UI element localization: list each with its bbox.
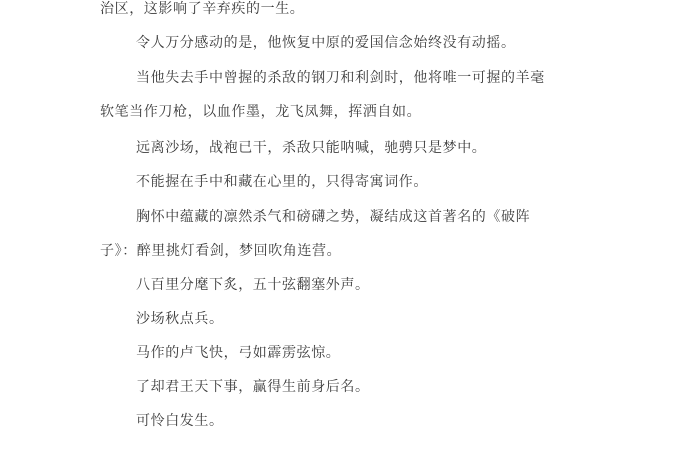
paragraph-line-5: 远离沙场，战袍已干，杀敌只能呐喊，驰骋只是梦中。 — [136, 139, 486, 157]
poem-line-5: 可怜白发生。 — [136, 412, 224, 430]
poem-line-1: 八百里分麾下炙，五十弦翻塞外声。 — [136, 276, 370, 294]
cut-off-line: ……………………………………………………… — [136, 460, 443, 470]
paragraph-line-6: 不能握在手中和藏在心里的，只得寄寓词作。 — [136, 173, 428, 191]
poem-line-4: 了却君王天下事，赢得生前身后名。 — [136, 378, 370, 396]
poem-line-2: 沙场秋点兵。 — [136, 310, 224, 328]
paragraph-line-7: 胸怀中蕴藏的凛然杀气和磅礴之势，凝结成这首著名的《破阵 — [136, 208, 530, 226]
document-page: 治区，这影响了辛弃疾的一生。 令人万分感动的是，他恢复中原的爱国信念始终没有动摇… — [0, 0, 700, 470]
paragraph-line-8: 子》：醉里挑灯看剑，梦回吹角连营。 — [100, 242, 341, 260]
paragraph-line-3: 当他失去手中曾握的杀敌的钢刀和利剑时，他将唯一可握的羊毫 — [136, 69, 545, 87]
paragraph-line-4: 软笔当作刀枪，以血作墨，龙飞凤舞，挥洒自如。 — [100, 103, 421, 121]
paragraph-line-2: 令人万分感动的是，他恢复中原的爱国信念始终没有动摇。 — [136, 34, 516, 52]
poem-line-3: 马作的卢飞快，弓如霹雳弦惊。 — [136, 344, 340, 362]
paragraph-line-1: 治区，这影响了辛弃疾的一生。 — [100, 0, 304, 18]
